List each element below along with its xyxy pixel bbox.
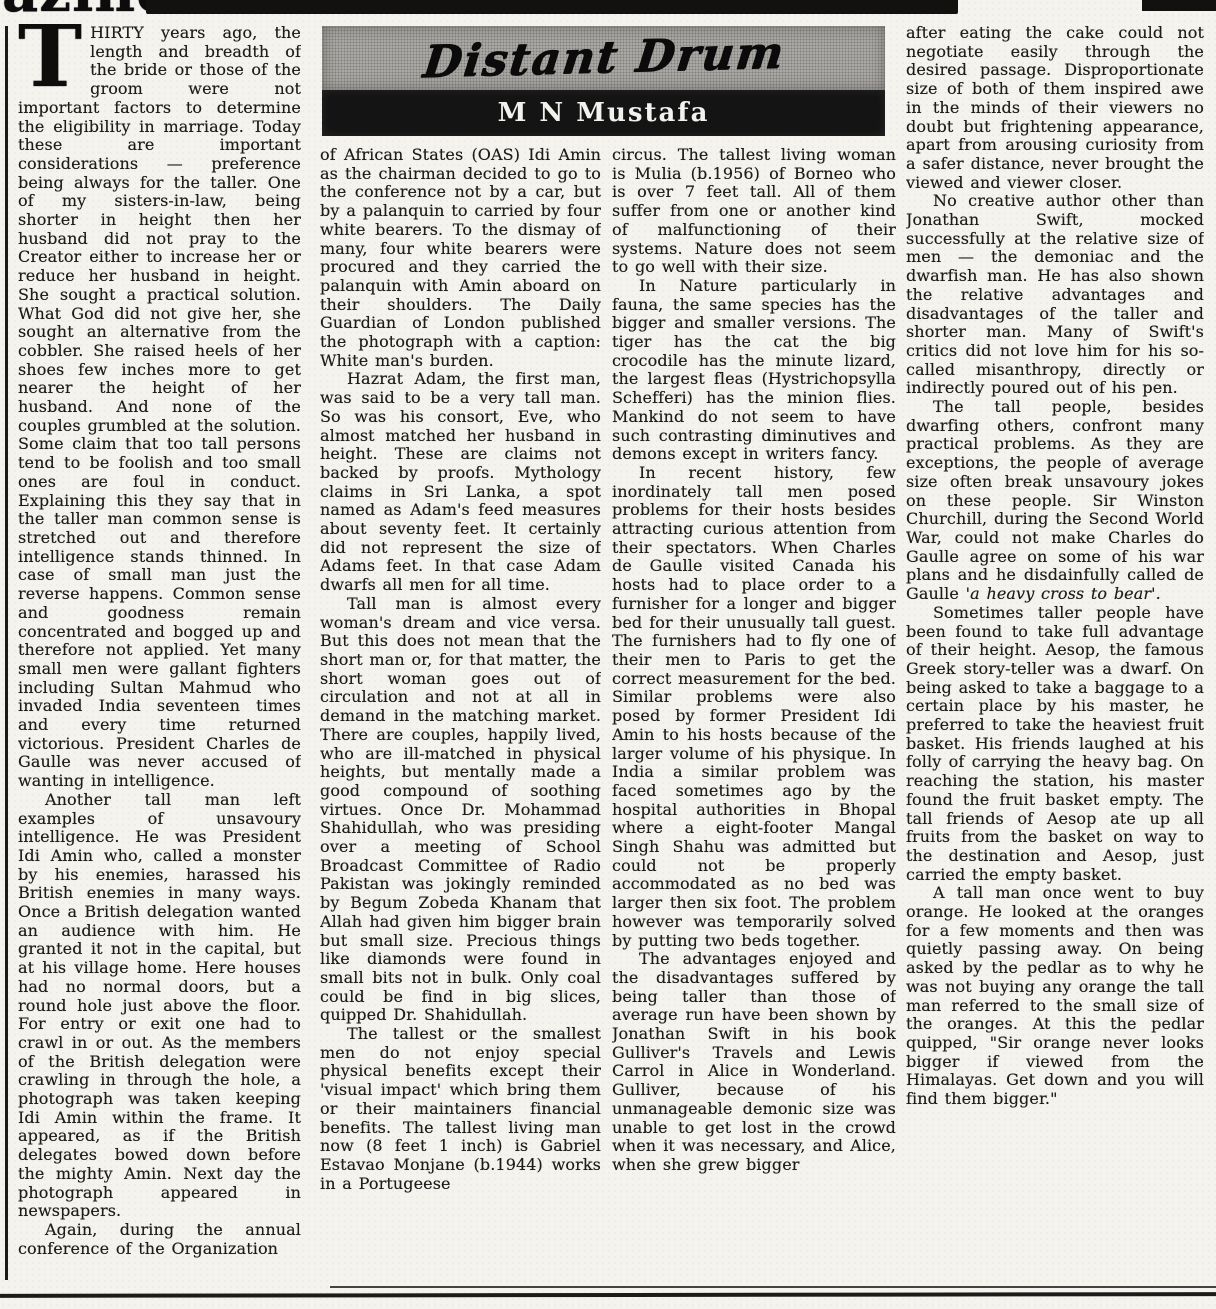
column-1: THIRTY years ago, the length and breadth…	[18, 24, 301, 1282]
banner-title-box: Distant Drum	[322, 26, 885, 90]
article-author: M N Mustafa	[498, 98, 710, 128]
bottom-rule-thin	[330, 1286, 1216, 1288]
paragraph: circus. The tallest living woman is Muli…	[612, 146, 896, 277]
paragraph: of African States (OAS) Idi Amin as the …	[320, 146, 601, 370]
paragraph: Again, during the annual conference of t…	[18, 1221, 301, 1258]
paragraph: In Nature particularly in fauna, the sam…	[612, 277, 896, 464]
paragraph: after eating the cake could not negotiat…	[906, 24, 1204, 192]
paragraph: Hazrat Adam, the first man, was said to …	[320, 370, 601, 594]
masthead-fragment: azine	[2, 0, 152, 25]
paragraph: Tall man is almost every woman's dream a…	[320, 595, 601, 1025]
banner-author-box: M N Mustafa	[322, 90, 885, 136]
paragraph: A tall man once went to buy orange. He l…	[906, 884, 1204, 1108]
article-title: Distant Drum	[420, 31, 786, 84]
paragraph: No creative author other than Jonathan S…	[906, 192, 1204, 398]
column-3: circus. The tallest living woman is Muli…	[612, 146, 896, 1286]
paragraph: The tall people, besides dwarfing others…	[906, 398, 1204, 604]
bottom-rule	[0, 1292, 1216, 1298]
drop-cap: T	[18, 24, 90, 88]
paragraph: In recent history, few inordinately tall…	[612, 464, 896, 950]
paragraph-text: The tall people, besides dwarfing others…	[906, 397, 1204, 603]
left-column-rule	[5, 26, 8, 1280]
top-rule	[146, 0, 958, 14]
newspaper-page: azine Distant Drum M N Mustafa THIRTY ye…	[0, 0, 1216, 1309]
paragraph: Sometimes taller people have been found …	[906, 604, 1204, 885]
paragraph: Another tall man left examples of unsavo…	[18, 791, 301, 1221]
italic-quote: 'a heavy cross to bear'.	[966, 584, 1161, 603]
column-2: of African States (OAS) Idi Amin as the …	[320, 146, 601, 1286]
paragraph: The tallest or the smallest men do not e…	[320, 1025, 601, 1193]
masthead-fragment-text: azine	[2, 0, 152, 20]
paragraph: THIRTY years ago, the length and breadth…	[18, 24, 301, 791]
paragraph: The advantages enjoyed and the disadvant…	[612, 950, 896, 1174]
top-rule-right-segment	[1142, 0, 1216, 11]
column-4: after eating the cake could not negotiat…	[906, 24, 1204, 1286]
article-banner: Distant Drum M N Mustafa	[322, 26, 885, 136]
paragraph-text: HIRTY years ago, the length and breadth …	[18, 24, 301, 790]
